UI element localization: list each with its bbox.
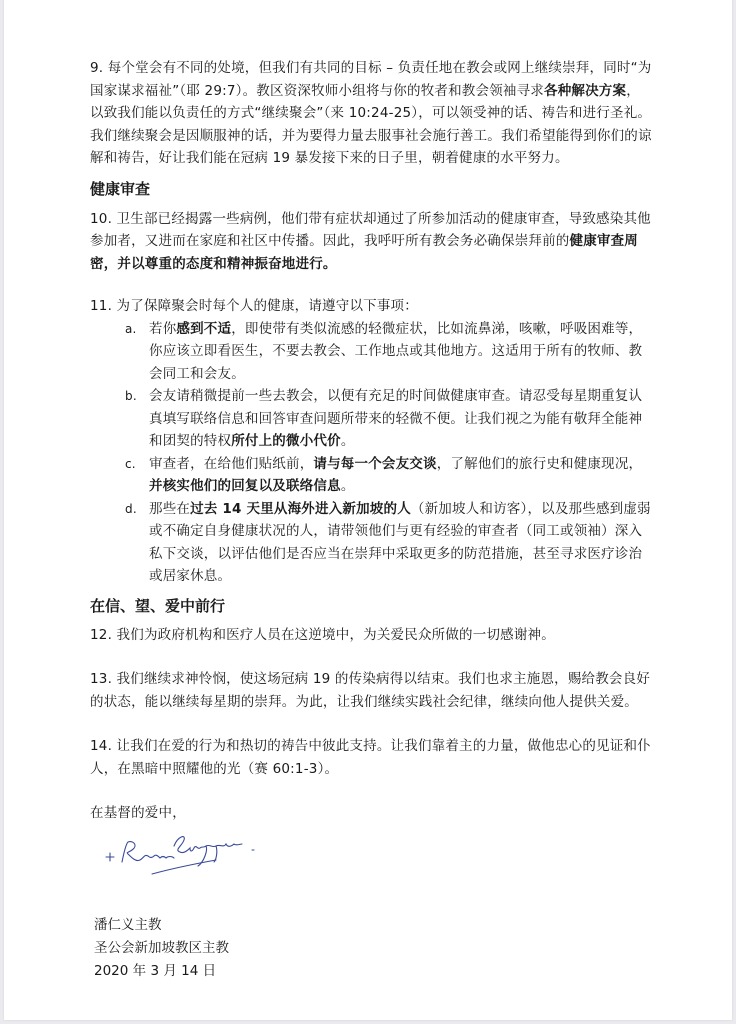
paragraph-9: 9. 每个堂会有不同的处境，但我们有共同的目标 – 负责任地在教会或网上继续崇拜… — [90, 57, 652, 170]
list-item-c: c. 审查者，在给他们贴纸前，请与每一个会友交谈，了解他们的旅行史和健康现况，并… — [90, 453, 652, 498]
handwritten-signature — [104, 822, 274, 886]
document-body: 9. 每个堂会有不同的处境，但我们有共同的目标 – 负责任地在教会或网上继续崇拜… — [90, 57, 652, 825]
list-marker: d. — [125, 498, 137, 521]
list-item-a: a. 若你感到不适，即使带有类似流感的轻微症状，比如流鼻涕，咳嗽，呼吸困难等，你… — [90, 318, 652, 386]
paragraph-14: 14. 让我们在爱的行为和热切的祷告中彼此支持。让我们靠着主的力量，做他忠心的见… — [90, 735, 652, 780]
document-page: 9. 每个堂会有不同的处境，但我们有共同的目标 – 负责任地在教会或网上继续崇拜… — [4, 0, 732, 1020]
text-run: 审查者，在给他们贴纸前， — [149, 456, 313, 472]
text-run: 。 — [341, 478, 355, 494]
text-run-bold: 请与每一个会友交谈 — [313, 456, 436, 472]
heading-health-check: 健康审查 — [90, 177, 652, 201]
list-marker: b. — [125, 385, 137, 408]
list-item-b: b. 会友请稍微提前一些去教会，以便有充足的时间做健康审查。请忍受每星期重复认真… — [90, 385, 652, 453]
signature-icon — [104, 822, 274, 882]
text-run: 。 — [341, 433, 355, 449]
list-marker: c. — [125, 453, 136, 476]
health-guidelines-list: a. 若你感到不适，即使带有类似流感的轻微症状，比如流鼻涕，咳嗽，呼吸困难等，你… — [90, 318, 652, 588]
list-item-d: d. 那些在过去 14 天里从海外进入新加坡的人（新加坡人和访客），以及那些感到… — [90, 498, 652, 588]
text-run-bold: 各种解决方案 — [544, 83, 626, 99]
text-run: 会友请稍微提前一些去教会，以便有充足的时间做健康审查。请忍受每星期重复认真填写联… — [149, 388, 642, 449]
text-run-bold: 所付上的微小代价 — [231, 433, 341, 449]
signature-block: 潘仁义主教 圣公会新加坡教区主教 2020 年 3 月 14 日 — [94, 914, 229, 983]
signer-title: 圣公会新加坡教区主教 — [94, 937, 229, 960]
signer-name: 潘仁义主教 — [94, 914, 229, 937]
list-marker: a. — [125, 318, 137, 341]
text-run: 那些在 — [149, 501, 190, 517]
text-run-bold: 感到不适 — [176, 321, 231, 337]
text-run: ，了解他们的旅行史和健康现况， — [437, 456, 643, 472]
paragraph-10: 10. 卫生部已经揭露一些病例，他们带有症状却通过了所参加活动的健康审查，导致感… — [90, 208, 652, 276]
text-run: 10. 卫生部已经揭露一些病例，他们带有症状却通过了所参加活动的健康审查，导致感… — [90, 211, 651, 250]
text-run-bold: 并核实他们的回复以及联络信息 — [149, 478, 341, 494]
paragraph-11-intro: 11. 为了保障聚会时每个人的健康，请遵守以下事项： — [90, 295, 652, 318]
paragraph-13: 13. 我们继续求神怜悯，使这场冠病 19 的传染病得以结束。我们也求主施恩，赐… — [90, 668, 652, 713]
text-run-bold: 过去 14 天里从海外进入新加坡的人 — [190, 501, 411, 517]
heading-faith-hope-love: 在信、望、爱中前行 — [90, 594, 652, 618]
paragraph-12: 12. 我们为政府机构和医疗人员在这逆境中，为关爱民众所做的一切感谢神。 — [90, 624, 652, 647]
text-run: 若你 — [149, 321, 176, 337]
letter-date: 2020 年 3 月 14 日 — [94, 960, 229, 983]
